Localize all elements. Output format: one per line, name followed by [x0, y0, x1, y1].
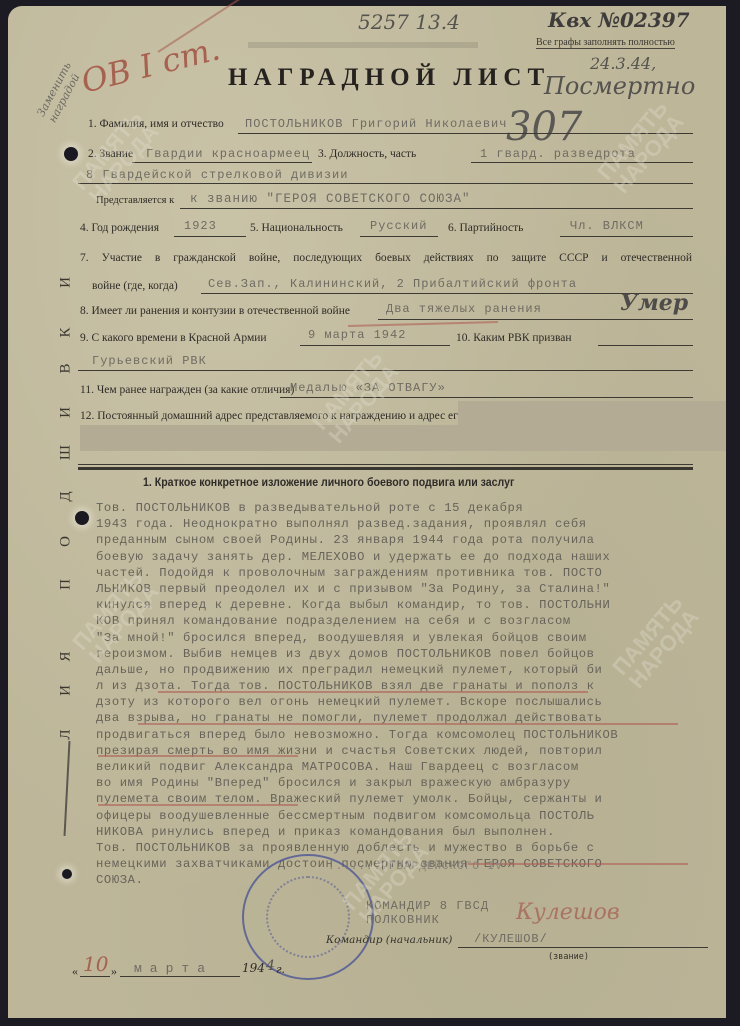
date-close-quote: » [111, 964, 117, 979]
field-8-label: 8. Имеет ли ранения и контузии в отечест… [80, 305, 350, 317]
signature-label: Командир (начальник) [326, 934, 452, 946]
date-month-line [120, 976, 240, 977]
handwritten-date-top: 24.3.44, [590, 54, 656, 73]
handwritten-number: 307 [506, 104, 582, 150]
merit-line: преданным сыном своей Родины. 23 января … [96, 532, 708, 548]
merit-line: КОВ принял командование подразделением н… [96, 613, 708, 629]
field-6-line [560, 236, 693, 237]
merit-line: кинулся вперед к деревне. Когда выбыл ко… [96, 597, 708, 613]
merit-line: продвигаться вперед было невозможно. Тог… [96, 727, 708, 743]
field-2-line [132, 162, 312, 163]
merit-line: частей. Подойдя к проволочным заграждени… [96, 565, 708, 581]
field-6-value: Чл. ВЛКСМ [570, 219, 644, 233]
side-letter: И [58, 275, 75, 291]
date-year-prefix: 194 [242, 961, 265, 975]
field-4-line [174, 236, 246, 237]
faded-header-print [248, 42, 478, 48]
merit-line: великий подвиг Александра МАТРОСОВА. Наш… [96, 759, 708, 775]
handwritten-degree: ОВ I ст. [78, 29, 224, 100]
field-12-label: 12. Постоянный домашний адрес представля… [80, 410, 495, 422]
field-7-label: 7. Участие в гражданской войне, последую… [80, 252, 692, 264]
date-year-suffix: 4 [266, 958, 275, 974]
kvkh-number: Квх №02397 [548, 8, 690, 32]
recommended-for-value: к званию "ГЕРОЯ СОВЕТСКОГО СОЮЗА" [190, 192, 471, 206]
rank-label: (звание) [548, 952, 589, 962]
merit-line: дзоту из которого вел огонь немецкий пул… [96, 694, 708, 710]
field-2-value: Гвардии красноармеец [146, 147, 310, 161]
recommended-for-line [180, 208, 693, 209]
date-open-quote: « [72, 964, 78, 979]
field-9-label: 9. С какого времени в Красной Армии [80, 332, 267, 344]
side-letter: К [58, 325, 75, 341]
merit-line: во имя Родины "Вперед" бросился и закрыл… [96, 775, 708, 791]
handwritten-signature: Кулешов [516, 900, 620, 925]
date-day: 10 [83, 952, 108, 976]
merit-line: 1943 года. Неоднократно выполнял развед.… [96, 516, 708, 532]
redacted-address-1 [458, 401, 726, 425]
field-11-label: 11. Чем ранее награжден (за какие отличи… [80, 384, 294, 396]
handwritten-died: Умер [620, 290, 688, 316]
field-6-label: 6. Партийность [448, 222, 523, 234]
section-heading: 1. Краткое конкретное изложение личного … [143, 477, 514, 489]
side-letter: О [58, 534, 75, 550]
signature-name: /КУЛЕШОВ/ [474, 932, 548, 946]
field-5-label: 5. Национальность [250, 222, 343, 234]
field-10-line [598, 345, 693, 346]
side-letter: И [58, 683, 75, 699]
side-letter: П [58, 577, 75, 593]
side-letter: Ш [58, 445, 75, 461]
field-4-label: 4. Год рождения [80, 222, 159, 234]
page-title: НАГРАДНОЙ ЛИСТ [228, 64, 550, 92]
field-3-line [471, 162, 693, 163]
handwritten-posthumously: Посмертно [544, 72, 695, 100]
header-note: Все графы заполнять полностью [536, 37, 675, 49]
merit-line: Тов. ПОСТОЛЬНИКОВ в разведывательной рот… [96, 500, 708, 516]
field-5-line [360, 236, 438, 237]
date-month: марта [134, 961, 213, 976]
red-underline [138, 723, 678, 725]
field-5-value: Русский [370, 219, 427, 233]
field-4-value: 1923 [184, 219, 217, 233]
red-underline [98, 755, 298, 757]
field-7-value: Сев.Зап., Калининский, 2 Прибалтийский ф… [208, 277, 577, 291]
field-8-line [378, 319, 693, 320]
field-8-value: Два тяжелых ранения [386, 302, 542, 316]
field-1-value: ПОСТОЛЬНИКОВ Григорий Николаевич [245, 117, 507, 131]
merit-line: боевую задачу занять дер. МЕЛЕХОВО и уде… [96, 549, 708, 565]
archive-number: 5257 13.4 [358, 10, 460, 34]
side-letter: И [58, 405, 75, 421]
side-letter: Д [58, 489, 75, 505]
side-letter: Л [58, 727, 75, 743]
red-underline [98, 804, 298, 806]
redacted-address-2 [80, 425, 726, 451]
field-3-line-cont [78, 183, 693, 184]
punch-hole [64, 147, 78, 161]
merit-line: офицеры воодушевленные бессмертным подви… [96, 808, 708, 824]
field-7-label-cont: войне (где, когда) [92, 280, 178, 292]
field-10-label: 10. Каким РВК призван [456, 332, 572, 344]
pencil-margin-mark [64, 741, 71, 836]
punch-hole [62, 869, 72, 879]
field-10-value: Гурьевский РВК [92, 354, 207, 368]
side-letter: Я [58, 649, 75, 665]
award-sheet-page: 5257 13.4 Квх №02397 Все графы заполнять… [8, 6, 726, 1018]
red-underline-wounds [348, 321, 498, 327]
field-12-line [78, 464, 693, 465]
punch-hole [75, 511, 89, 525]
section-divider [78, 467, 693, 470]
red-underline [158, 691, 588, 693]
signature-line [458, 947, 708, 948]
merit-line: "За мной!" бросился вперед, воодушевляя … [96, 630, 708, 646]
field-3-label: 3. Должность, часть [318, 148, 416, 160]
side-letter: В [58, 361, 75, 377]
field-9-line [300, 345, 450, 346]
date-g: г. [276, 963, 285, 976]
merit-line: ЛЬНИКОВ первый преодолел их и с призывом… [96, 581, 708, 597]
date-day-line [80, 976, 110, 977]
field-9-value: 9 марта 1942 [308, 328, 406, 342]
